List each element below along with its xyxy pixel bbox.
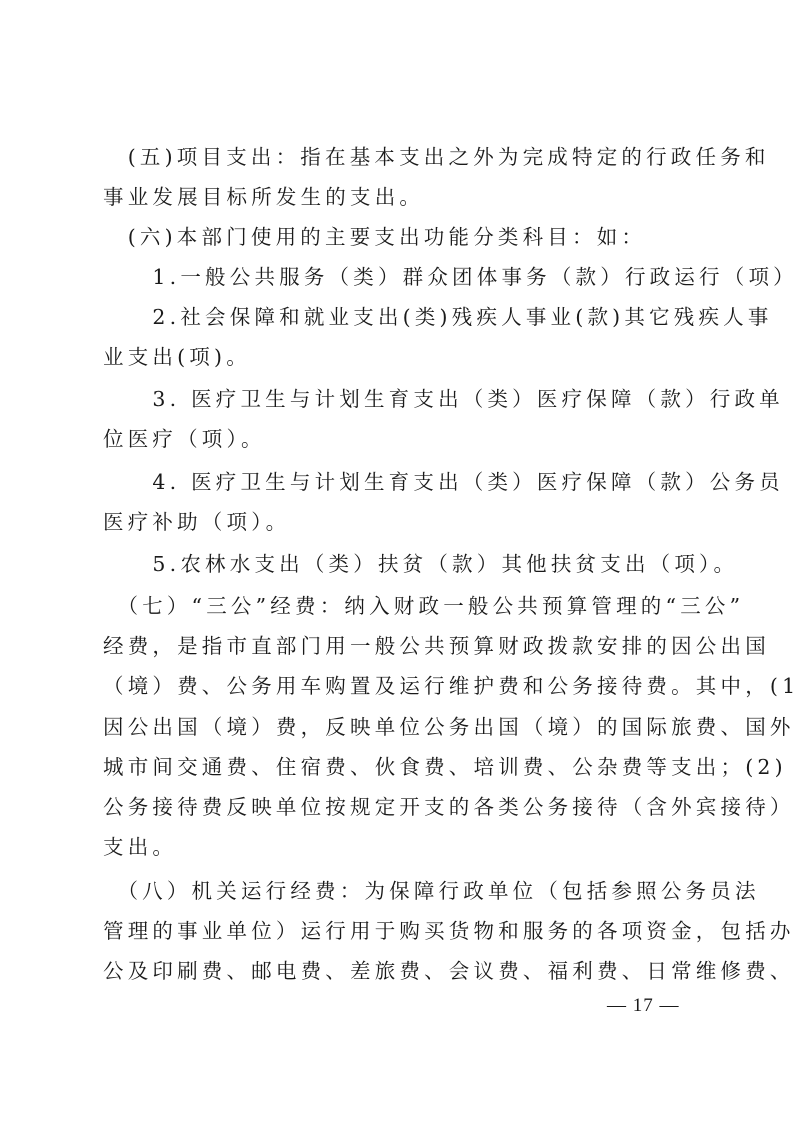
text-line: （八）机关运行经费：为保障行政单位（包括参照公务员法 [103,877,703,905]
text-line: 城市间交通费、住宿费、伙食费、培训费、公杂费等支出；(2) [103,753,703,781]
text-line: (六)本部门使用的主要支出功能分类科目：如： [103,223,703,251]
text-line: 4. 医疗卫生与计划生育支出（类）医疗保障（款）公务员 [103,468,703,496]
text-line: 经费，是指市直部门用一般公共预算财政拨款安排的因公出国 [103,632,703,660]
text-line: 1.一般公共服务（类）群众团体事务（款）行政运行（项） [103,263,703,291]
text-line: 2.社会保障和就业支出(类)残疾人事业(款)其它残疾人事 [103,303,703,331]
page-number: — 17 — [607,995,680,1017]
text-line: （境）费、公务用车购置及运行维护费和公务接待费。其中，(1) [103,672,703,700]
text-line: 5.农林水支出（类）扶贫（款）其他扶贫支出（项）。 [103,550,703,578]
text-line: 3. 医疗卫生与计划生育支出（类）医疗保障（款）行政单 [103,385,703,413]
text-line: 管理的事业单位）运行用于购买货物和服务的各项资金，包括办 [103,917,703,945]
text-line: 支出。 [103,833,703,861]
text-line: 医疗补助（项）。 [103,508,703,536]
text-line: （七）“三公”经费：纳入财政一般公共预算管理的“三公” [103,592,703,620]
text-line: (五)项目支出：指在基本支出之外为完成特定的行政任务和 [103,143,703,171]
text-line: 因公出国（境）费，反映单位公务出国（境）的国际旅费、国外 [103,713,703,741]
text-line: 业支出(项)。 [103,343,703,371]
text-line: 事业发展目标所发生的支出。 [103,183,703,211]
text-line: 公及印刷费、邮电费、差旅费、会议费、福利费、日常维修费、 [103,957,703,985]
document-page: (五)项目支出：指在基本支出之外为完成特定的行政任务和 事业发展目标所发生的支出… [0,0,793,1122]
text-line: 位医疗（项）。 [103,425,703,453]
text-line: 公务接待费反映单位按规定开支的各类公务接待（含外宾接待） [103,793,703,821]
